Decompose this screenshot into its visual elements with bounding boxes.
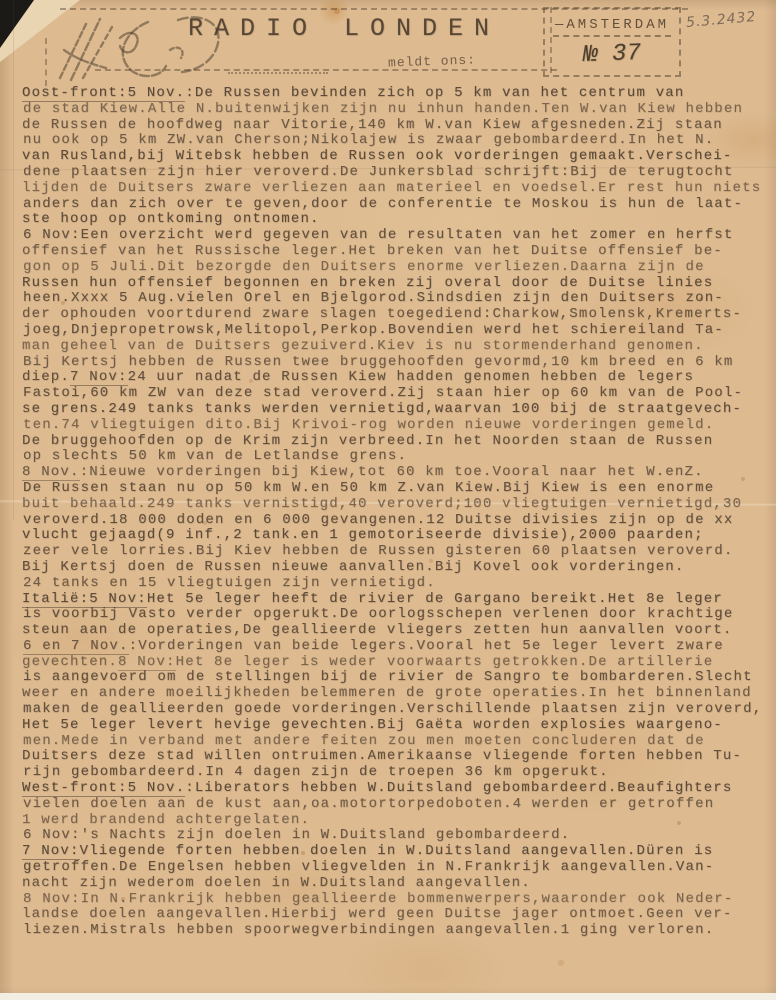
handwritten-reference: 5.3.2432: [685, 9, 756, 31]
scan-edge-strip: [0, 993, 776, 1000]
text-line: 1 werd brandend achtergelaten.: [22, 813, 770, 829]
text-line: Bij Kertsj hebben de Russen twee bruggeh…: [23, 355, 771, 371]
text-line: ten.74 vliegtuigen dito.Bij Krivoi-rog w…: [23, 418, 771, 434]
city-label: —AMSTERDAM: [553, 17, 671, 37]
text-line: 24 tanks en 15 vliegtuigen zijn vernieti…: [23, 576, 771, 592]
text-line: getroffen.De Engelsen hebben vliegvelden…: [23, 860, 771, 876]
text-line: op slechts 50 km van de Letlandse grens.: [23, 449, 771, 465]
text-line: joeg,Dnjepropetrowsk,Melitopol,Perkop.Bo…: [23, 323, 771, 339]
text-line: Bij Kertsj doen de Russen nieuwe aanvall…: [22, 560, 770, 576]
masthead-tagline: meldt ons:: [388, 52, 476, 70]
text-line: gevechten.8 Nov:Het 8e leger is weder vo…: [22, 655, 770, 671]
paper-crease: [13, 0, 14, 520]
body-text: Oost-front:5 Nov.:De Russen bevinden zic…: [22, 86, 770, 939]
text-line: de stad Kiew.Alle N.buitenwijken zijn nu…: [23, 102, 771, 118]
masthead-title: RADIO LONDEN: [188, 14, 500, 43]
text-line: is voorbij Vasto verder opgerukt.De oorl…: [23, 607, 771, 623]
text-line: maken de geallieerden goede vorderingen.…: [23, 702, 771, 718]
text-line: steun aan de operaties,De geallieerde vl…: [22, 623, 770, 639]
text-line: landse doelen aangevallen.Hierbij werd g…: [22, 907, 770, 923]
text-line: vlucht gejaagd(9 inf.,2 tank.en 1 gemoto…: [22, 528, 770, 544]
text-line: Het 5e leger levert hevige gevechten.Bij…: [22, 718, 770, 734]
text-line: Fastoi,60 km ZW van deze stad veroverd.Z…: [23, 386, 771, 402]
text-line: veroverd.18 000 doden en 6 000 gevangene…: [23, 513, 771, 529]
text-line: lijden de Duitsers zware verliezen aan m…: [22, 181, 770, 197]
text-line: offensief van het Russische leger.Het br…: [22, 244, 770, 260]
text-line: Oost-front:5 Nov.:De Russen bevinden zic…: [22, 86, 770, 102]
text-line: der ophouden voortdurend zware slagen to…: [22, 307, 770, 323]
text-line: man geheel van de Duitsers gezuiverd.Kie…: [22, 339, 770, 355]
text-line: rijn gebombardeerd.In 4 dagen zijn de tr…: [23, 765, 771, 781]
text-line: 8 Nov.:Nieuwe vorderingen bij Kiew,tot 6…: [22, 465, 770, 481]
text-line: weer en andere moeilijkheden belemmeren …: [22, 686, 770, 702]
text-line: Duitsers deze stad willen ontruimen.Amer…: [22, 749, 770, 765]
header-dashed-rule: [45, 38, 47, 86]
text-line: buit behaald.249 tanks vernistigd,40 ver…: [22, 497, 770, 513]
text-line: anders dan zich over te geven,door de co…: [23, 197, 771, 213]
text-line: zeer vele lorries.Bij Kiev hebben de Rus…: [23, 544, 771, 560]
text-line: De Russen staan nu op 50 km W.en 50 km Z…: [23, 481, 771, 497]
text-line: se grens.249 tanks tanks werden vernieti…: [22, 402, 770, 418]
text-line: ste hoop op ontkoming ontnomen.: [22, 212, 770, 228]
paper-speckles: [0, 0, 2, 2]
issue-box: —AMSTERDAM № 37: [543, 7, 681, 77]
text-line: nacht zijn wederom doelen in W.Duitsland…: [22, 876, 770, 892]
issue-number: № 37: [545, 39, 680, 71]
text-line: gon op 5 Juli.Dit bezorgde den Duitsers …: [23, 260, 771, 276]
text-line: Italië:5 Nov:Het 5e leger heeft de rivie…: [22, 592, 770, 608]
scanned-bulletin-page: RADIO LONDEN meldt ons: —AMSTERDAM № 37 …: [0, 0, 776, 1000]
text-line: vielen doelen aan de kust aan,oa.motorto…: [23, 797, 771, 813]
text-line: nu ook op 5 km ZW.van Cherson;Nikolajew …: [23, 133, 771, 149]
text-line: de Russen de hoofdweg naar Vitorie,140 k…: [22, 118, 770, 134]
text-line: West-front:5 Nov.:Liberators hebben W.Du…: [22, 781, 770, 797]
text-line: van Rusland,bij Witebsk hebben de Russen…: [22, 149, 770, 165]
text-line: dene plaatsen zijn hier veroverd.De Junk…: [23, 165, 771, 181]
text-line: diep.7 Nov:24 uur nadat de Russen Kiew h…: [22, 370, 770, 386]
text-line: Russen hun offensief begonnen en breken …: [22, 276, 770, 292]
text-line: De bruggehoofden op de Krim zijn verbree…: [22, 434, 770, 450]
text-line: liezen.Mistrals hebben spoorwegverbindin…: [23, 923, 771, 939]
text-line: 6 Nov:'s Nachts zijn doelen in W.Duitsla…: [23, 828, 771, 844]
text-line: 7 Nov:Vliegende forten hebben doelen in …: [22, 844, 770, 860]
text-line: is aangevoerd om de stellingen bij de ri…: [23, 670, 771, 686]
text-line: 6 Nov:Een overzicht werd gegeven van de …: [23, 228, 771, 244]
text-line: 6 en 7 Nov.:Vorderingen van beide legers…: [23, 639, 771, 655]
text-line: heen.Xxxx 5 Aug.vielen Orel en Bjelgorod…: [23, 291, 771, 307]
